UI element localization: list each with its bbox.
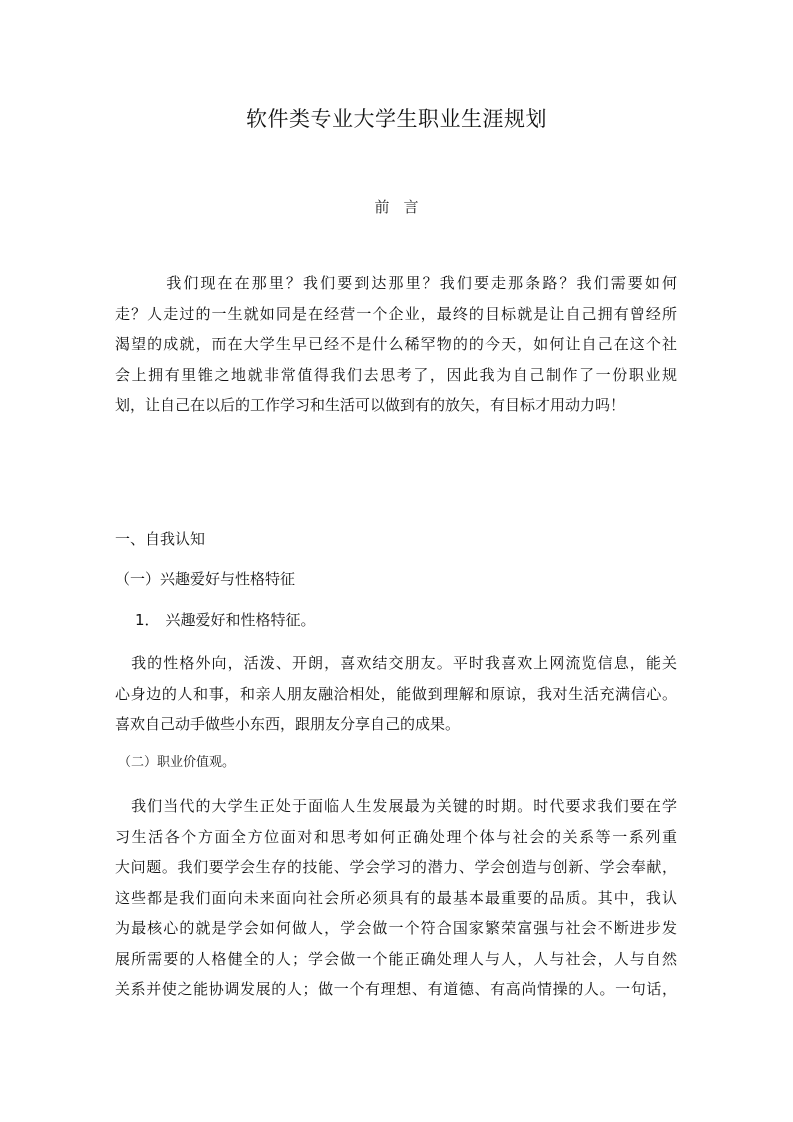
preface-heading-char: 前 xyxy=(374,196,389,217)
text-line: 习生活各个方面全方位面对和思考如何正确处理个体与社会的关系等一系列重 xyxy=(115,822,677,853)
text-line: 我们当代的大学生正处于面临人生发展最为关键的时期。时代要求我们要在学 xyxy=(115,791,677,822)
item-heading-interests: 1．兴趣爱好和性格特征。 xyxy=(135,609,316,630)
text-line: 划，让自己在以后的工作学习和生活可以做到有的放矢，有目标才用动力吗！ xyxy=(115,390,677,421)
text-line: 关系并使之能协调发展的人；做一个有理想、有道德、有高尚情操的人。一句话， xyxy=(115,974,677,1005)
item-text: 兴趣爱好和性格特征。 xyxy=(166,611,316,629)
document-title: 软件类专业大学生职业生涯规划 xyxy=(0,103,793,133)
subsection-heading-interests: （一）兴趣爱好与性格特征 xyxy=(115,568,295,589)
text-line: 这些都是我们面向未来面向社会所必须具有的最基本最重要的品质。其中，我认 xyxy=(115,883,677,914)
text-line: 我的性格外向，活泼、开朗，喜欢结交朋友。平时我喜欢上网流览信息，能关 xyxy=(115,648,677,679)
text-line: 走？人走过的一生就如同是在经营一个企业，最终的目标就是让自己拥有曾经所 xyxy=(115,299,677,330)
text-line: 喜欢自己动手做些小东西，跟朋友分享自己的成果。 xyxy=(115,709,677,740)
document-page: 软件类专业大学生职业生涯规划 前言 我们现在在那里？我们要到达那里？我们要走那条… xyxy=(0,0,793,1122)
section-heading-self-awareness: 一、自我认知 xyxy=(115,528,205,549)
text-line: 会上拥有里锥之地就非常值得我们去思考了，因此我为自己制作了一份职业规 xyxy=(115,360,677,391)
personality-paragraph: 我的性格外向，活泼、开朗，喜欢结交朋友。平时我喜欢上网流览信息，能关 心身边的人… xyxy=(115,648,677,740)
text-line: 展所需要的人格健全的人；学会做一个能正确处理人与人，人与社会，人与自然 xyxy=(115,944,677,975)
text-line: 为最核心的就是学会如何做人，学会做一个符合国家繁荣富强与社会不断进步发 xyxy=(115,913,677,944)
preface-heading: 前言 xyxy=(0,196,793,217)
text-line: 我们现在在那里？我们要到达那里？我们要走那条路？我们需要如何 xyxy=(115,268,677,299)
item-number: 1． xyxy=(135,611,160,629)
values-paragraph: 我们当代的大学生正处于面临人生发展最为关键的时期。时代要求我们要在学 习生活各个… xyxy=(115,791,677,1005)
text-line: 大问题。我们要学会生存的技能、学会学习的潜力、学会创造与创新、学会奉献， xyxy=(115,852,677,883)
preface-heading-char: 言 xyxy=(404,196,419,217)
text-line: 渴望的成就，而在大学生早已经不是什么稀罕物的的今天，如何让自己在这个社 xyxy=(115,329,677,360)
text-line: 心身边的人和事，和亲人朋友融洽相处，能做到理解和原谅，我对生活充满信心。 xyxy=(115,679,677,710)
preface-paragraph: 我们现在在那里？我们要到达那里？我们要走那条路？我们需要如何 走？人走过的一生就… xyxy=(115,268,677,421)
subsection-heading-career-values: （二）职业价值观。 xyxy=(118,751,235,770)
